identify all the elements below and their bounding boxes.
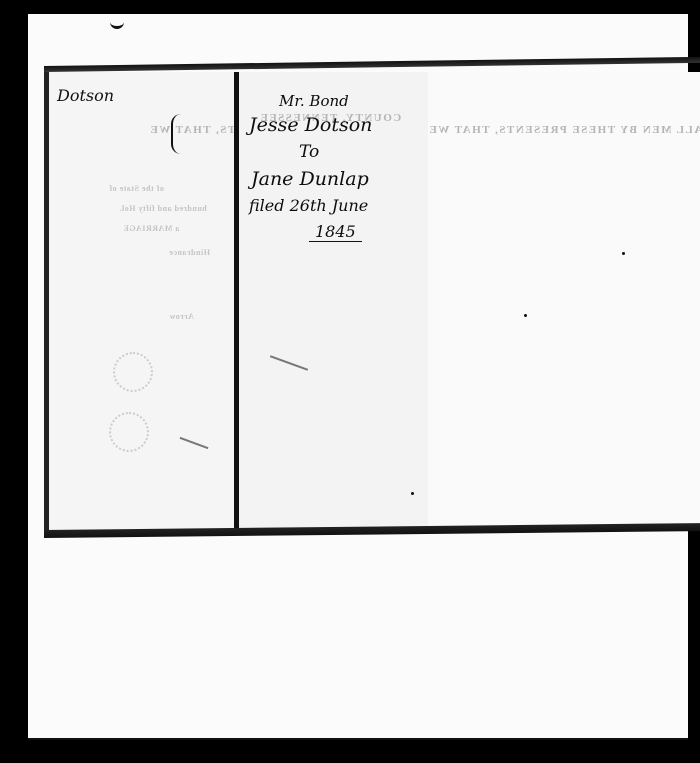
bleed-line-d: Hindrance: [169, 248, 210, 257]
docket-groom: Jesse Dotson: [249, 114, 372, 136]
docket-title: Mr. Bond: [279, 92, 349, 110]
ink-dot-right-2: [622, 252, 625, 255]
docket-year: 1845: [309, 222, 362, 242]
left-panel: Dotson KNOW ALL MEN BY THESE PRESENTS, T…: [44, 72, 239, 530]
bleed-heading-right: KNOW ALL MEN BY THESE PRESENTS, THAT WE: [428, 124, 700, 136]
docket-filed-date: filed 26th June: [249, 196, 368, 215]
bleed-line-b: hundred and fifty Hol.: [119, 204, 207, 213]
seal-impression-lower: [109, 412, 149, 452]
docket-bride: Jane Dunlap: [251, 168, 369, 190]
seal-impression: [113, 352, 153, 392]
bleed-line-e: Arrow: [169, 312, 194, 321]
bleed-line-a: of the State of: [109, 184, 164, 193]
document-sheet: Dotson KNOW ALL MEN BY THESE PRESENTS, T…: [28, 14, 688, 740]
ink-dot: [411, 492, 414, 495]
ink-mark: [180, 437, 209, 449]
paper-tear-mark: [110, 16, 124, 29]
docket-to: To: [299, 142, 319, 162]
corner-surname-annotation: Dotson: [57, 86, 114, 105]
right-panel: KNOW ALL MEN BY THESE PRESENTS, THAT WE: [428, 72, 700, 530]
bleed-heading-fragment: KNOW ALL MEN BY THESE PRESENTS, THAT WE: [149, 124, 239, 136]
folded-document: Dotson KNOW ALL MEN BY THESE PRESENTS, T…: [44, 64, 700, 538]
faint-signature-mark: [270, 355, 308, 371]
docket-panel: COUNTY, TENNESSEE Mr. Bond Jesse Dotson …: [234, 72, 433, 530]
bleed-line-c: a MARRIAGE: [123, 224, 179, 233]
ink-dot-right: [524, 314, 527, 317]
